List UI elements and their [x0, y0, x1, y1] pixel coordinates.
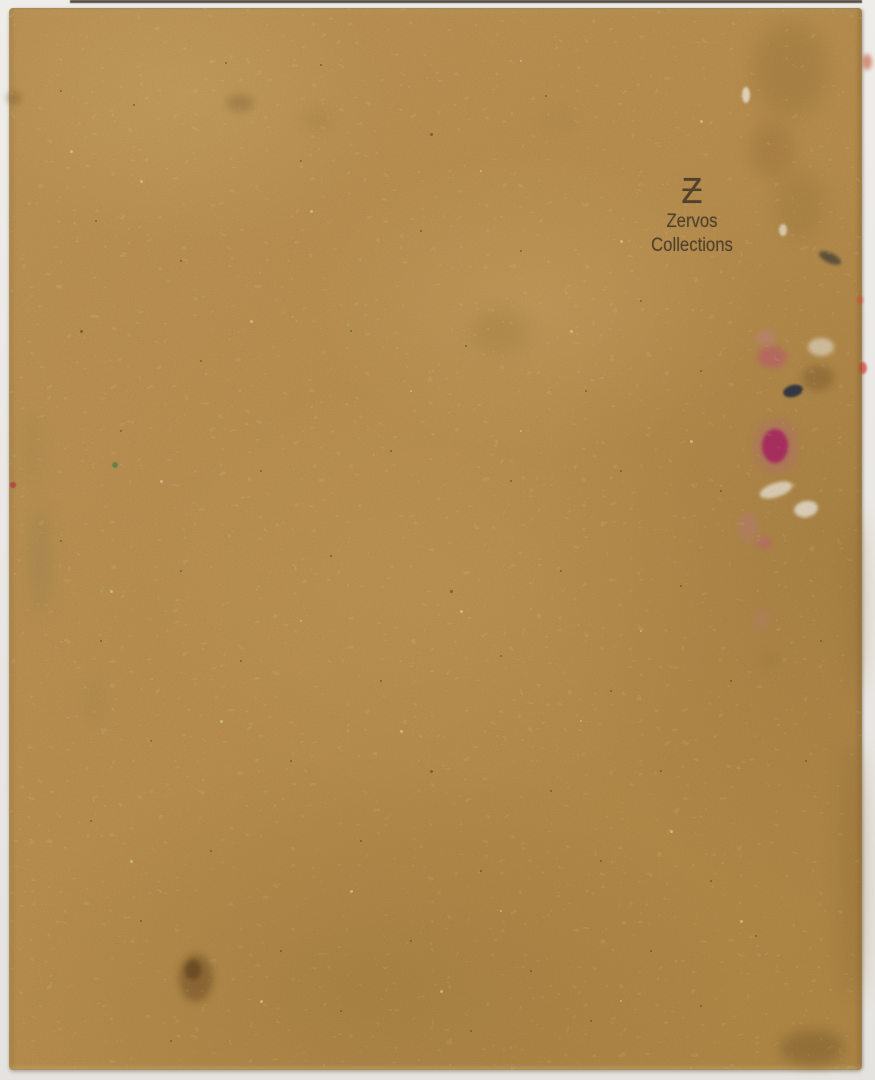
board-speck	[620, 470, 622, 472]
board-speck	[700, 1005, 702, 1007]
paint-stain	[470, 310, 530, 354]
board-speck	[240, 660, 242, 662]
board-speck	[290, 760, 292, 762]
board-speck	[610, 690, 612, 692]
board-speck	[70, 150, 73, 153]
board-speck	[220, 720, 223, 723]
board-speck	[670, 830, 673, 833]
board-speck	[585, 390, 587, 392]
board-speck	[133, 104, 135, 106]
board-speck	[170, 1040, 172, 1042]
paint-stain	[808, 338, 834, 356]
stamp-line-collections: Collections	[613, 234, 771, 258]
board-speck	[140, 180, 143, 183]
board-speck	[440, 990, 443, 993]
board-fiber-texture	[9, 8, 862, 1070]
paint-stain	[112, 462, 118, 468]
paint-stain	[6, 91, 22, 105]
board-speck	[460, 610, 463, 613]
paint-stain	[782, 383, 804, 400]
board-speck	[225, 62, 227, 64]
board-speck	[510, 480, 512, 482]
board-speck	[520, 60, 522, 62]
board-speck	[600, 860, 602, 862]
board-speck	[805, 760, 807, 762]
board-speck	[650, 950, 652, 952]
board-speck	[700, 370, 702, 372]
paint-stain	[817, 248, 843, 267]
board-speck	[820, 640, 822, 642]
paint-stain	[757, 346, 787, 368]
paint-stain	[302, 108, 334, 132]
board-speck	[690, 440, 693, 443]
board-speck	[160, 480, 163, 483]
paint-stain	[185, 960, 201, 980]
paint-stain	[750, 122, 794, 178]
paint-stain	[754, 420, 798, 472]
board-speck	[360, 840, 362, 842]
paint-stain	[793, 499, 819, 519]
board-speck	[110, 590, 113, 593]
board-speck	[480, 170, 482, 172]
board-speck	[120, 430, 122, 432]
board-speck	[300, 160, 302, 162]
board-speck	[100, 640, 102, 642]
paint-stain	[758, 478, 795, 502]
paint-stain	[845, 510, 865, 690]
board-speck	[95, 220, 97, 222]
board-speck	[450, 590, 453, 593]
board-speck	[590, 1020, 592, 1022]
board-speck	[210, 850, 212, 852]
board-speck	[740, 920, 743, 923]
board-speck	[430, 770, 433, 773]
board-speck	[200, 360, 202, 362]
paint-stain	[85, 675, 105, 725]
stamp-z-logo: Ƶ	[607, 172, 778, 210]
board-speck	[310, 210, 313, 213]
board-speck	[560, 570, 562, 572]
collector-stamp: Ƶ Zervos Collections	[602, 172, 782, 258]
paint-stain	[859, 362, 867, 374]
board-speck	[150, 740, 152, 742]
paint-stain	[802, 365, 834, 391]
board-speck	[60, 90, 62, 92]
board-speck	[465, 345, 467, 347]
board-speck	[350, 890, 353, 893]
board-speck	[180, 260, 182, 262]
paint-stain	[756, 537, 772, 549]
board-speck	[710, 880, 712, 882]
board-speck	[130, 860, 133, 863]
board-speck	[500, 910, 502, 912]
board-speck	[410, 390, 412, 392]
board-speck	[180, 570, 182, 572]
board-speck	[330, 555, 332, 557]
paint-stain	[752, 22, 828, 118]
board-speck	[720, 490, 722, 492]
stamp-line-zervos: Zervos	[613, 210, 771, 234]
board-speck	[680, 585, 682, 587]
board-speck	[90, 820, 92, 822]
paint-stain	[760, 652, 780, 668]
board-speck	[640, 630, 642, 632]
board-speck	[300, 620, 302, 622]
board-speck	[640, 300, 642, 302]
board-speck	[260, 470, 262, 472]
board-speck	[755, 935, 757, 937]
paint-stain	[179, 954, 213, 1002]
board-speck	[700, 120, 703, 123]
board-speck	[350, 330, 352, 332]
board-speck	[430, 133, 433, 136]
paint-stain	[26, 505, 54, 615]
paint-stain	[540, 106, 580, 134]
board-speck	[470, 1030, 472, 1032]
paint-stain	[22, 410, 42, 490]
board-speck	[500, 655, 502, 657]
paint-stain	[840, 740, 864, 1000]
board-speck	[340, 1010, 342, 1012]
paint-stain	[762, 429, 788, 463]
paint-stain	[742, 87, 750, 103]
paint-stain	[738, 512, 758, 542]
board-speck	[730, 680, 732, 682]
board-speck	[250, 320, 253, 323]
board-speck	[660, 770, 662, 772]
board-speck	[320, 64, 322, 66]
board-speck	[480, 870, 482, 872]
paint-stain	[857, 296, 863, 304]
artwork-panel: Ƶ Zervos Collections	[9, 8, 862, 1070]
adjacent-object-edge	[70, 0, 862, 3]
board-speck	[580, 720, 582, 722]
board-speck	[260, 1000, 263, 1003]
paint-stain	[780, 1030, 844, 1066]
board-speck	[380, 680, 382, 682]
board-speck	[280, 950, 282, 952]
paint-stain	[10, 482, 16, 488]
board-speck	[520, 430, 522, 432]
paint-stain	[775, 170, 825, 240]
board-speck	[400, 730, 403, 733]
board-speck	[60, 540, 62, 542]
board-speck	[620, 1000, 622, 1002]
board-grain-texture	[9, 8, 862, 1070]
board-speck	[550, 790, 552, 792]
board-speck	[80, 330, 83, 333]
board-speck	[520, 250, 522, 252]
board-speck	[545, 95, 547, 97]
board-speck	[390, 450, 392, 452]
paint-stain	[756, 330, 776, 346]
paint-stain	[754, 610, 770, 630]
board-speck	[530, 970, 532, 972]
paint-stain	[862, 54, 872, 70]
paint-stain	[226, 94, 254, 112]
board-speck	[420, 230, 422, 232]
board-speck	[140, 920, 142, 922]
board-speck	[410, 940, 412, 942]
board-speck	[570, 330, 573, 333]
